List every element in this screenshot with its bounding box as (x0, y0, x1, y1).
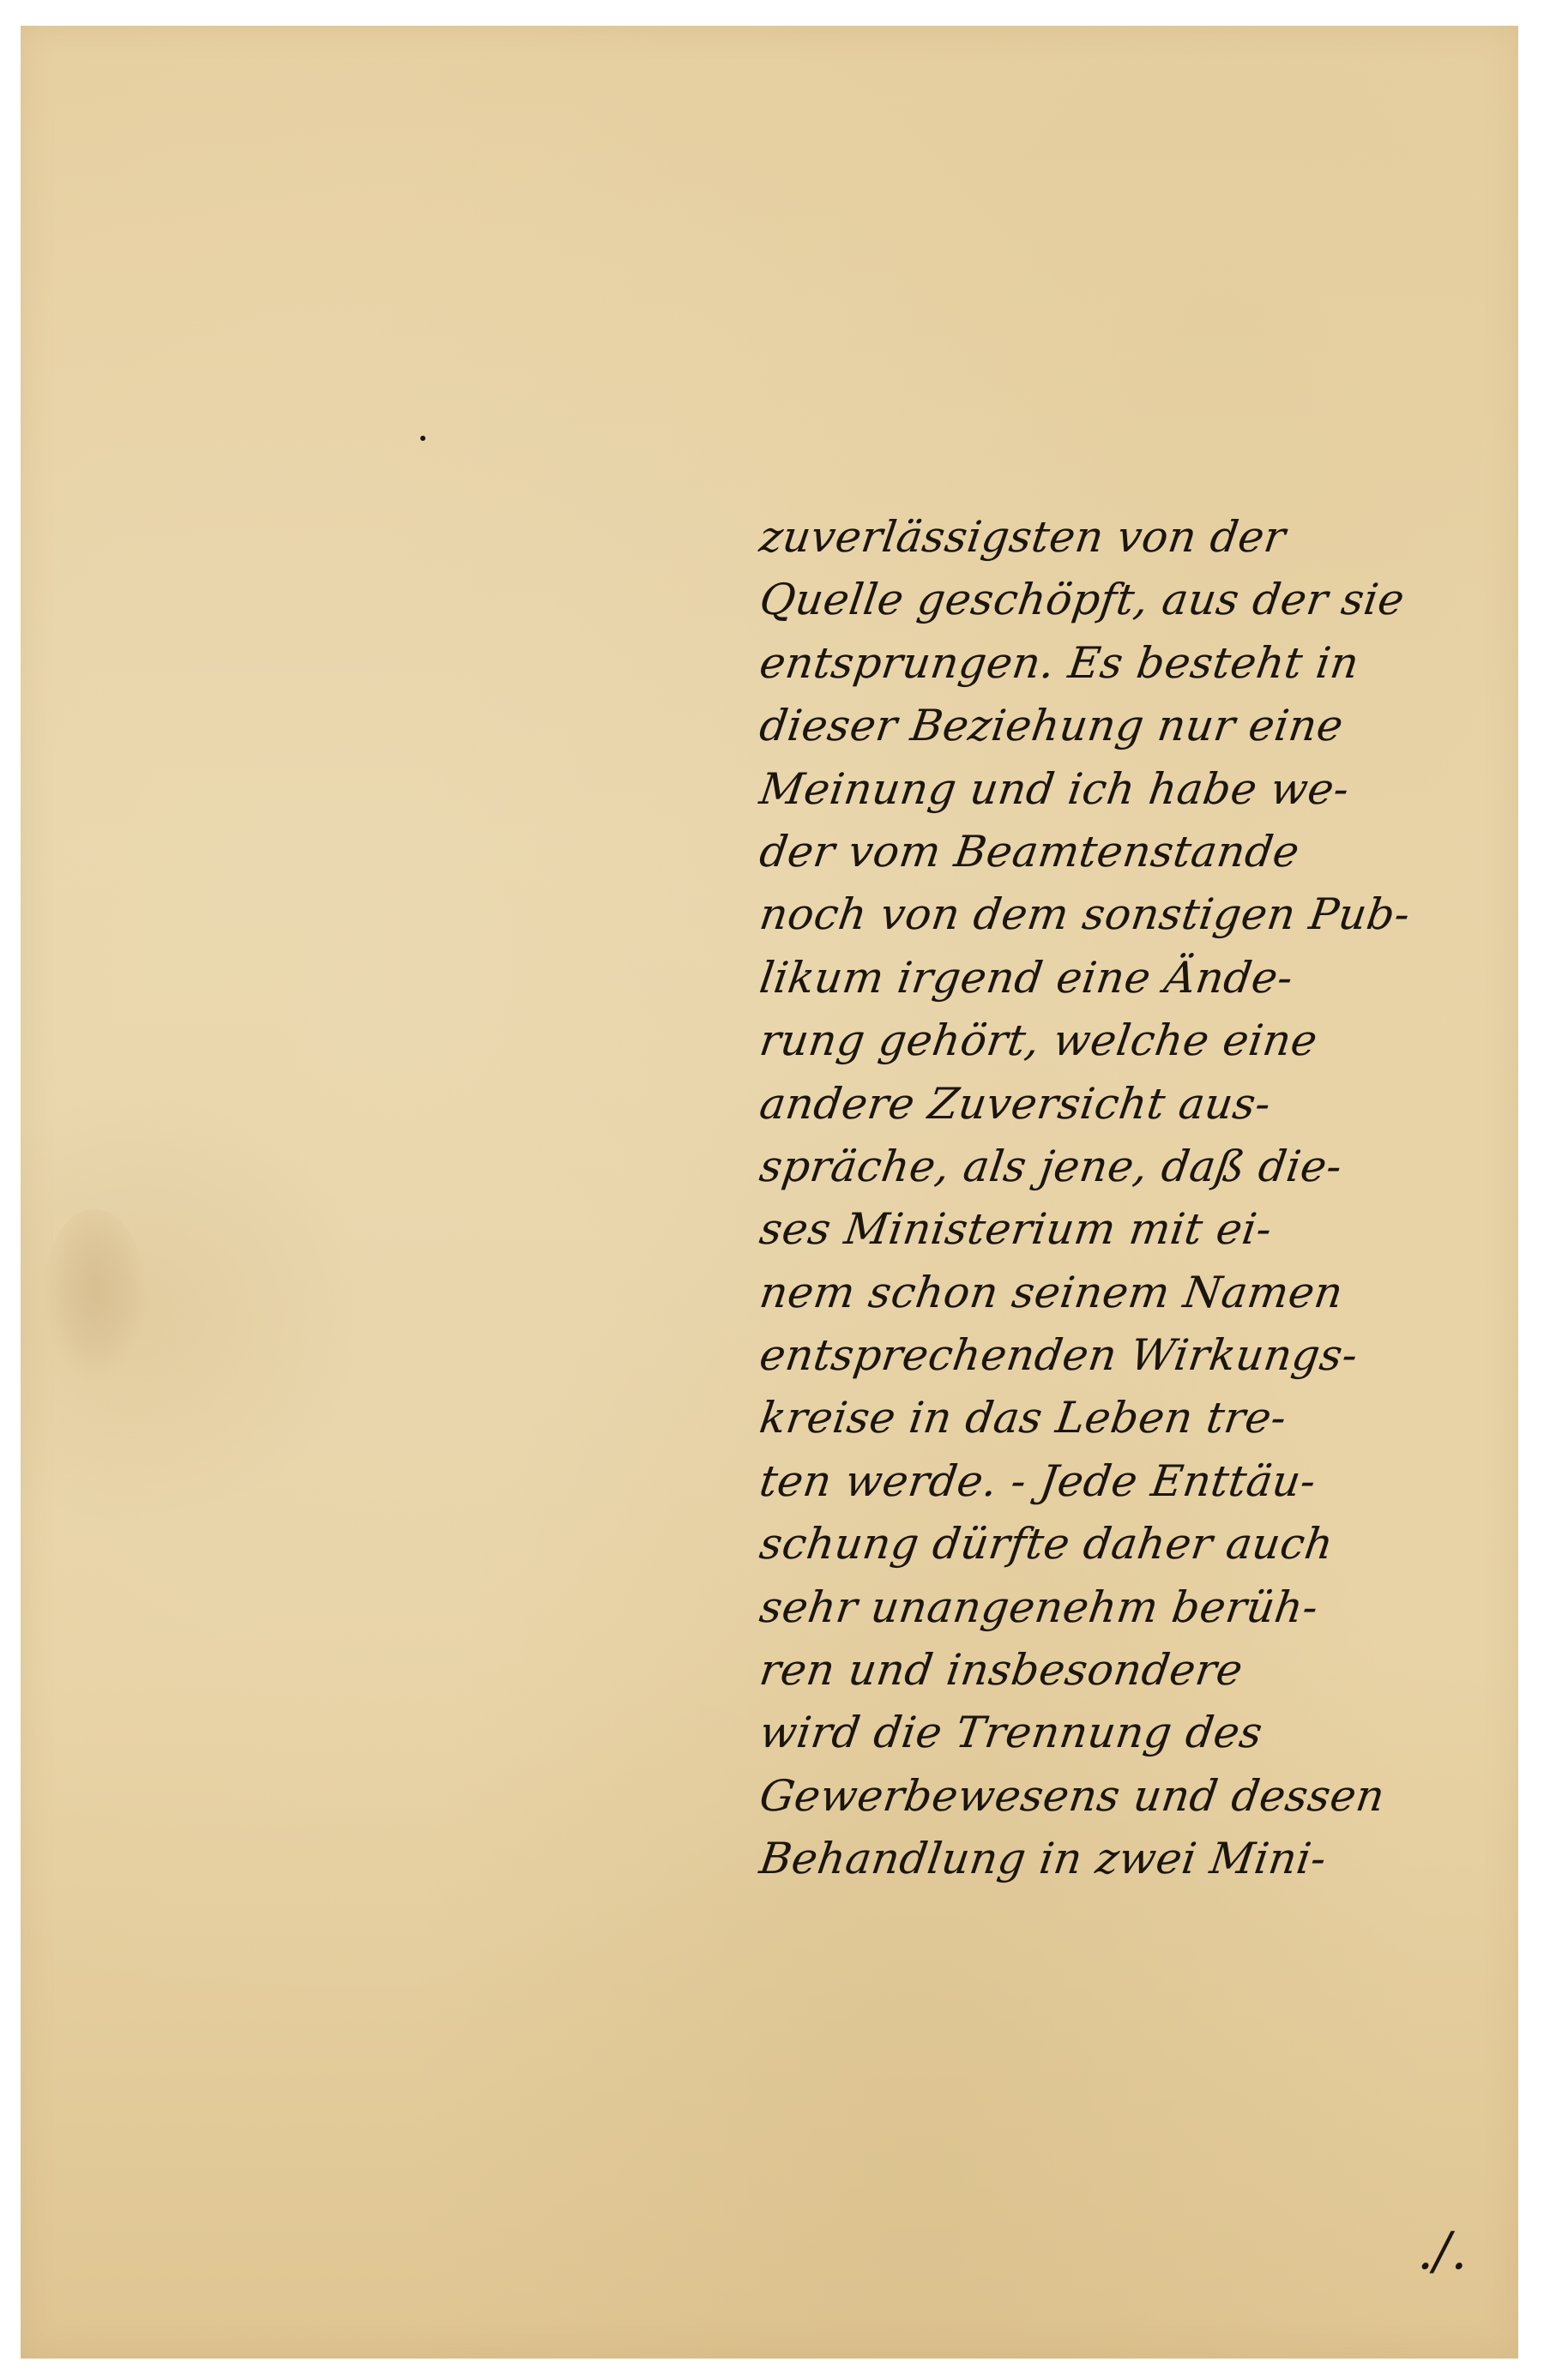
text-line: rung gehört, welche eine (756, 1009, 1519, 1072)
text-line: ses Ministerium mit ei- (756, 1198, 1519, 1261)
handwritten-text-column: zuverlässigsten von der Quelle geschöpft… (760, 506, 1515, 1891)
text-line: noch von dem sonstigen Pub- (756, 883, 1519, 946)
ink-dot (420, 436, 425, 441)
text-line: zuverlässigsten von der (756, 506, 1519, 569)
text-line: der vom Beamtenstande (756, 821, 1519, 883)
text-line: dieser Beziehung nur eine (756, 695, 1519, 757)
continuation-mark: ./. (1417, 2221, 1467, 2281)
text-line: spräche, als jene, daß die- (756, 1136, 1519, 1198)
text-line: entsprungen. Es besteht in (756, 632, 1519, 695)
text-line: sehr unangenehm berüh- (756, 1576, 1519, 1639)
fingerprint-stain (43, 1209, 146, 1381)
text-line: kreise in das Leben tre- (756, 1387, 1519, 1449)
text-line: nem schon seinem Namen (756, 1262, 1519, 1324)
text-line: Meinung und ich habe we- (756, 758, 1519, 821)
manuscript-page: zuverlässigsten von der Quelle geschöpft… (21, 26, 1518, 2359)
text-line: ren und insbesondere (756, 1639, 1519, 1702)
text-line: schung dürfte daher auch (756, 1513, 1519, 1576)
text-line: Gewerbewesens und dessen (756, 1765, 1519, 1828)
text-line: Quelle geschöpft, aus der sie (756, 569, 1519, 631)
text-line: ten werde. - Jede Enttäu- (756, 1450, 1519, 1513)
text-line: entsprechenden Wirkungs- (756, 1324, 1519, 1387)
text-line: andere Zuversicht aus- (756, 1073, 1519, 1136)
text-line: wird die Trennung des (756, 1702, 1519, 1764)
text-line: likum irgend eine Ände- (756, 947, 1519, 1009)
text-line: Behandlung in zwei Mini- (756, 1828, 1519, 1890)
